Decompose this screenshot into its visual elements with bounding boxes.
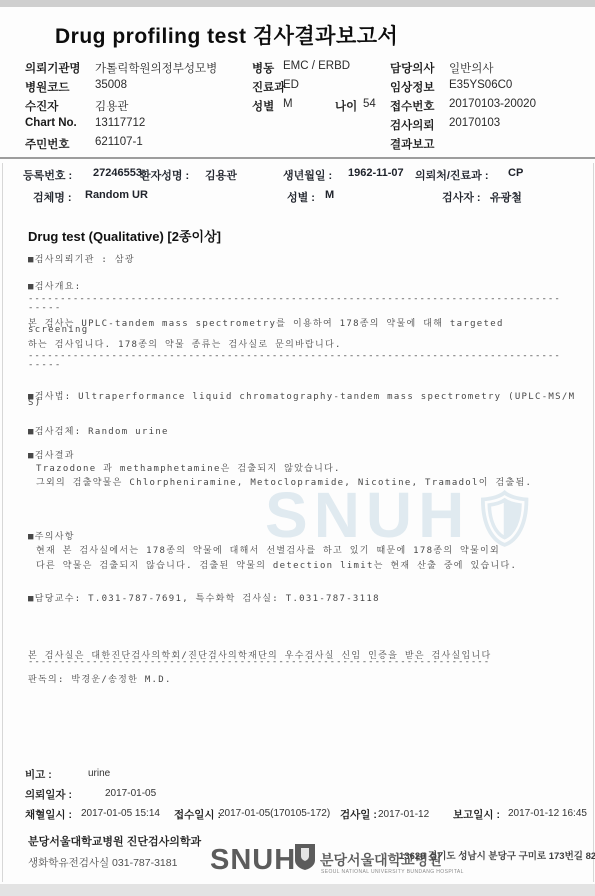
snuh-watermark: SNUH🛡 — [265, 478, 545, 552]
result-line-2: 그외의 검출약물은 Chlorpheniramine, Metocloprami… — [36, 475, 532, 488]
birth-value: 1962-11-07 — [348, 167, 404, 179]
hospcode-value: 35008 — [95, 79, 127, 91]
footer-lab-phone: 생화학유전검사실 031-787-3181 — [28, 855, 177, 870]
report-time-value: 2017-01-12 16:45 — [508, 808, 587, 819]
report-label: 결과보고 — [390, 136, 434, 152]
jumin-value: 621107-1 — [95, 136, 143, 148]
receipt-value: 20170103-20020 — [449, 98, 536, 110]
doctor-value: 일반의사 — [449, 60, 493, 76]
chart-value: 13117712 — [95, 117, 145, 129]
result-line-1: Trazodone 과 methamphetamine은 검출되지 않았습니다. — [36, 461, 341, 474]
request-label: 검사의뢰 — [390, 117, 434, 133]
note-label: 비고 : — [25, 767, 52, 782]
dashed-rule-tail: ----- — [28, 360, 62, 370]
examiner-value: 유광철 — [490, 189, 522, 205]
request-date-label: 의뢰일자 : — [25, 787, 72, 802]
name-value: 김용관 — [205, 167, 237, 183]
footer-address: 13620 경기도 성남시 분당구 구미로 173번길 82 — [399, 848, 595, 862]
snuh-shield-icon — [294, 843, 316, 876]
dashed-rule: ----------------------------------------… — [28, 294, 563, 304]
test-name-heading: Drug test (Qualitative) [2종이상] — [28, 226, 221, 245]
jumin-label: 주민번호 — [25, 136, 69, 152]
test-date-value: 2017-01-12 — [378, 809, 429, 820]
overview-heading: ■검사개요: — [28, 279, 81, 292]
birth-label: 생년월일 : — [283, 167, 332, 183]
collect-value: 2017-01-05 15:14 — [81, 808, 160, 819]
specimen-value: Random UR — [85, 189, 148, 201]
ward-label: 병동 — [252, 60, 274, 76]
dept-value: ED — [283, 79, 299, 91]
bottom-scan-strip — [0, 884, 595, 896]
ref-value: CP — [508, 167, 523, 179]
band-sex-label: 성별 : — [287, 189, 315, 205]
dashed-rule: ----------------------------------------… — [28, 351, 563, 361]
request-org-line: ■검사의뢰기관 : 삼광 — [28, 252, 135, 265]
specimen-line: ■검사검체: Random urine — [28, 424, 169, 437]
test-date-label: 검사일 : — [340, 807, 377, 822]
accreditation-rule: ----------------------------------------… — [28, 657, 493, 667]
report-page: Drug profiling test 검사결과보고서 의뢰기관명 가톨릭학원의… — [0, 0, 595, 896]
patient-label: 수진자 — [25, 98, 58, 114]
hospcode-label: 병원코드 — [25, 79, 69, 95]
examiner-label: 검사자 : — [442, 189, 481, 205]
ward-value: EMC / ERBD — [283, 60, 350, 72]
dept-label: 진료과 — [252, 79, 285, 95]
watermark-shield-icon: 🛡 — [470, 489, 545, 549]
caution-line-1: 현재 본 검사실에서는 178종의 약물에 대해서 선별검사를 하고 있기 때문… — [36, 543, 500, 556]
ref-label: 의뢰처/진료과 : — [415, 167, 489, 183]
sex-value: M — [283, 98, 293, 110]
page-title: Drug profiling test 검사결과보고서 — [55, 20, 398, 50]
patient-value: 김용관 — [95, 98, 128, 114]
report-time-label: 보고일시 : — [453, 807, 500, 822]
request-date-value: 2017-01-05 — [105, 788, 156, 799]
collect-label: 채혈일시 : — [25, 807, 72, 822]
name-label: 환자성명 : — [140, 167, 189, 183]
request-value: 20170103 — [449, 117, 500, 129]
clinical-label: 임상정보 — [390, 79, 434, 95]
overview-line-1: 본 검사는 UPLC-tandem mass spectrometry를 이용하… — [28, 316, 504, 329]
doctor-label: 담당의사 — [390, 60, 434, 76]
header-divider — [0, 157, 595, 159]
snuh-logo-text: SNUH — [210, 844, 296, 877]
reader-line: 판독의: 박경운/송정한 M.D. — [28, 672, 172, 685]
age-label: 나이 — [335, 98, 357, 114]
overview-line-2: 하는 검사입니다. 178종의 약물 종류는 검사실로 문의바랍니다. — [28, 337, 342, 350]
receipt-time-label: 접수일시 : — [174, 807, 221, 822]
result-heading: ■검사결과 — [28, 448, 75, 461]
sex-label: 성별 — [252, 98, 274, 114]
caution-line-2: 다른 약물은 검출되지 않습니다. 검출된 약물의 detection limi… — [36, 558, 517, 571]
band-sex-value: M — [325, 189, 334, 201]
receipt-time-value: 2017-01-05(170105-172) — [219, 808, 330, 819]
specimen-label: 검체명 : — [33, 189, 72, 205]
dashed-rule-tail: ----- — [28, 303, 62, 313]
watermark-text: SNUH — [265, 479, 470, 551]
note-value: urine — [88, 768, 110, 779]
reg-value: 27246553 — [93, 167, 142, 179]
footer-department: 분당서울대학교병원 진단검사의학과 — [28, 833, 201, 849]
method-line-1: ■검사법: Ultraperformance liquid chromatogr… — [28, 389, 575, 402]
receipt-label: 접수번호 — [390, 98, 434, 114]
org-label: 의뢰기관명 — [25, 60, 81, 76]
age-value: 54 — [363, 98, 376, 110]
overview-line-1b: screening — [28, 325, 88, 335]
reg-label: 등록번호 : — [23, 167, 72, 183]
clinical-value: E35YS06C0 — [449, 79, 512, 91]
org-value: 가톨릭학원의정부성모병 — [95, 60, 217, 76]
method-line-2: S) — [28, 398, 41, 408]
chart-label: Chart No. — [25, 117, 77, 129]
caution-heading: ■주의사항 — [28, 529, 75, 542]
contact-line: ■담당교수: T.031-787-7691, 특수화학 검사실: T.031-7… — [28, 591, 380, 604]
top-scan-strip — [0, 0, 595, 7]
snuh-logo-subtitle: SEOUL NATIONAL UNIVERSITY BUNDANG HOSPIT… — [321, 869, 464, 875]
